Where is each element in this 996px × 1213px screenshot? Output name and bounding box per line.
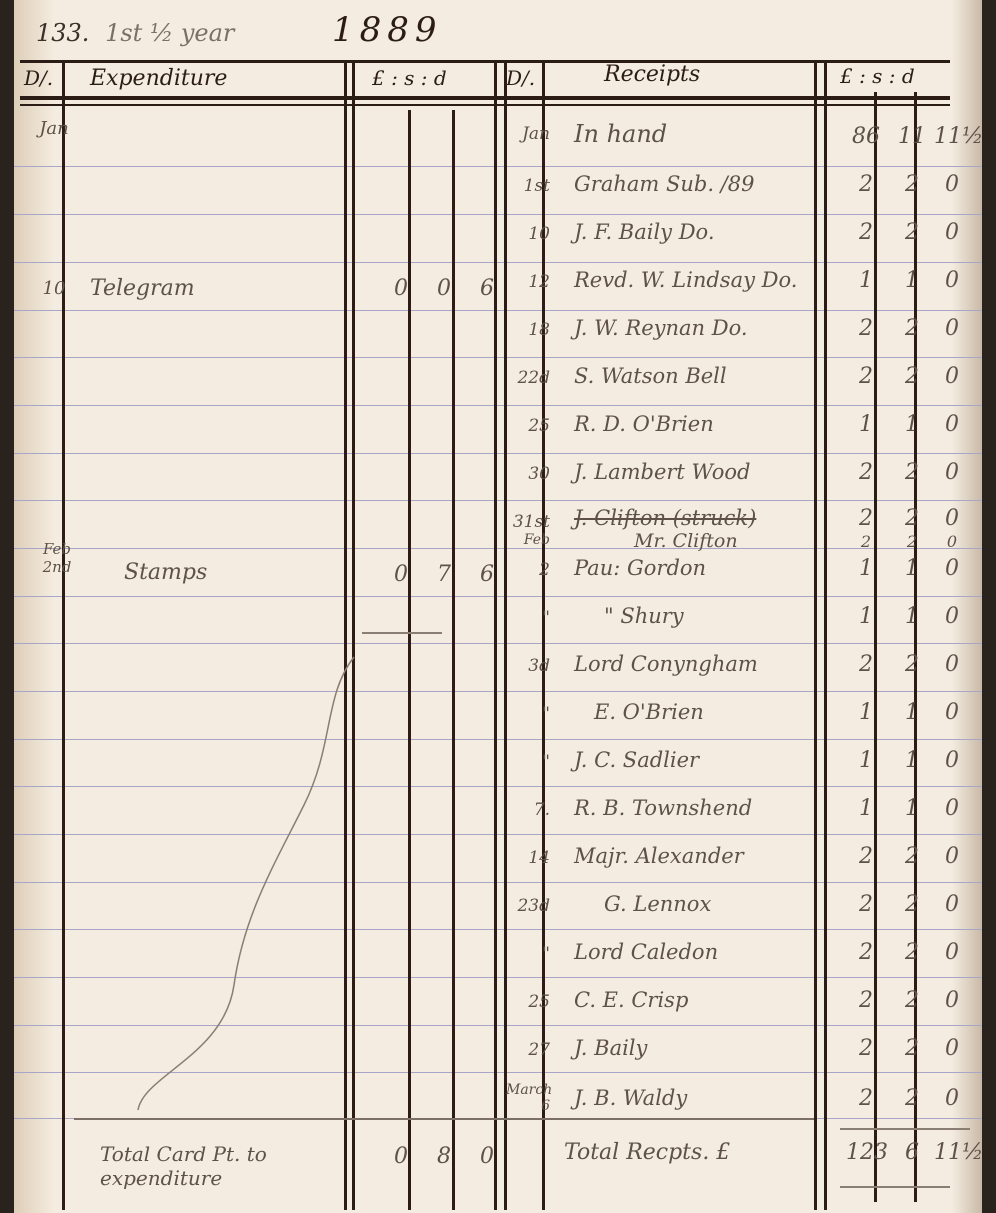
ledger-cell: 1	[894, 796, 930, 821]
ledger-cell: 0	[934, 506, 970, 531]
expenditure-header: Expenditure	[90, 66, 227, 91]
ledger-cell: 2	[846, 844, 886, 869]
ledger-cell: 6	[472, 276, 502, 301]
ledger-cell: R. D. O'Brien	[574, 412, 824, 436]
ledger-cell: 0	[934, 268, 970, 293]
ledger-cell: 11½	[934, 124, 970, 149]
ledger-cell: 2	[894, 172, 930, 197]
ledger-cell: E. O'Brien	[594, 700, 844, 724]
expenditure-description: Stamps	[124, 560, 207, 585]
expenditure-amount-header: £ : s : d	[372, 66, 447, 90]
ledger-cell: Revd. W. Lindsay Do.	[574, 268, 824, 292]
ledger-cell: J. B. Waldy	[574, 1086, 824, 1110]
ledger-cell: 2	[894, 1086, 930, 1111]
ledger-cell: 86	[846, 124, 886, 149]
ledger-cell: Lord Conyngham	[574, 652, 824, 676]
ledger-cell: Graham Sub. /89	[574, 172, 824, 196]
ledger-cell: 2	[846, 220, 886, 245]
page-heading: 133. 1st ½ year 1889	[36, 10, 443, 50]
ledger-cell: 1	[894, 268, 930, 293]
ledger-cell: 0	[934, 1086, 970, 1111]
ledger-cell: 0	[934, 1036, 970, 1061]
ledger-cell: 0	[934, 844, 970, 869]
ledger-cell: 2	[894, 988, 930, 1013]
ledger-cell: Lord Caledon	[574, 940, 824, 964]
ledger-cell: "	[506, 704, 550, 724]
ledger-cell: Feb 2nd	[32, 540, 82, 576]
ledger-cell: 0	[386, 562, 416, 587]
year: 1889	[332, 10, 443, 50]
ledger-cell: 1	[846, 700, 886, 725]
ledger-cell: 1	[846, 268, 886, 293]
ledger-cell: 0	[934, 700, 970, 725]
ledger-cell: 18	[506, 320, 550, 340]
ledger-cell: 22d	[506, 368, 550, 388]
ledger-cell: J. F. Baily Do.	[574, 220, 824, 244]
ledger-cell: 0	[934, 172, 970, 197]
ledger-cell: J. W. Reynan Do.	[574, 316, 824, 340]
ledger-cell: 0	[934, 892, 970, 917]
ledger-cell: G. Lennox	[604, 892, 854, 916]
ledger-cell: 1	[894, 556, 930, 581]
ledger-cell: 6	[894, 1140, 930, 1165]
ledger-cell: 0	[934, 532, 970, 551]
ledger-cell: 2	[894, 460, 930, 485]
ledger-cell: J. Baily	[574, 1036, 824, 1060]
ledger-cell: 0	[934, 412, 970, 437]
ledger-cell: 1st	[506, 176, 550, 196]
ledger-cell: 31st	[506, 512, 550, 532]
ledger-cell: 2	[894, 316, 930, 341]
ledger-cell: 2	[894, 364, 930, 389]
ledger-cell: 2	[846, 364, 886, 389]
ledger-cell: 2	[846, 652, 886, 677]
ledger-cell: 1	[894, 748, 930, 773]
ledger-cell: 1	[894, 604, 930, 629]
expenditure-month: Jan	[32, 118, 76, 139]
ledger-cell: 7	[429, 562, 459, 587]
ledger-cell: 25	[506, 416, 550, 436]
ledger-cell: 2	[894, 940, 930, 965]
ledger-cell: 2	[846, 460, 886, 485]
ledger-page: 133. 1st ½ year 1889 D/. Expenditure £ :…	[14, 0, 982, 1213]
ledger-cell: 1	[846, 796, 886, 821]
ledger-cell: 1	[846, 556, 886, 581]
ledger-cell: 0	[934, 604, 970, 629]
ledger-cell: 2	[846, 940, 886, 965]
ledger-cell: 30	[506, 464, 550, 484]
ledger-cell: 0	[934, 652, 970, 677]
ledger-cell: 2	[894, 892, 930, 917]
ledger-cell: 2	[894, 506, 930, 531]
period: 1st ½ year	[105, 19, 234, 47]
ledger-cell: 0	[934, 460, 970, 485]
ledger-cell: 3d	[506, 656, 550, 676]
ledger-cell: 2	[894, 532, 930, 551]
ledger-cell: 1	[846, 604, 886, 629]
ledger-cell: 2	[894, 1036, 930, 1061]
ledger-cell: Feb	[506, 532, 550, 548]
ledger-cell: 14	[506, 848, 550, 868]
ledger-cell: C. E. Crisp	[574, 988, 824, 1012]
ledger-cell: 0	[934, 364, 970, 389]
ledger-cell: J. C. Sadlier	[574, 748, 824, 772]
ledger-cell: 12	[506, 272, 550, 292]
ledger-cell: Majr. Alexander	[574, 844, 824, 868]
ledger-cell: 2	[846, 1086, 886, 1111]
ledger-cell: 11	[894, 124, 930, 149]
ledger-cell: 27	[506, 1040, 550, 1060]
ledger-cell: 23d	[506, 896, 550, 916]
cancel-line	[124, 655, 364, 1115]
ledger-cell: 0	[934, 988, 970, 1013]
ledger-cell: 8	[429, 1144, 459, 1169]
ledger-cell: R. B. Townshend	[574, 796, 824, 820]
ledger-cell: 0	[934, 220, 970, 245]
ledger-cell: March 6	[506, 1082, 550, 1114]
ledger-cell: 1	[894, 700, 930, 725]
ledger-cell: 25	[506, 992, 550, 1012]
ledger-cell: 6	[472, 562, 502, 587]
ledger-cell: 2	[894, 652, 930, 677]
ledger-cell: J. Clifton (struck)	[574, 506, 824, 530]
receipts-header: Receipts	[604, 62, 700, 87]
ledger-cell: 0	[934, 556, 970, 581]
page-number: 133.	[36, 19, 89, 47]
ledger-cell: 0	[934, 796, 970, 821]
ledger-cell: S. Watson Bell	[574, 364, 824, 388]
ledger-cell: 2	[846, 892, 886, 917]
ledger-cell: 1	[846, 412, 886, 437]
ledger-cell: 2	[894, 844, 930, 869]
ledger-cell: 2	[846, 172, 886, 197]
ledger-cell: 1	[846, 748, 886, 773]
ledger-cell: Pau: Gordon	[574, 556, 824, 580]
ledger-cell: 2	[894, 220, 930, 245]
ledger-cell: 2	[846, 506, 886, 531]
ledger-cell: 0	[386, 276, 416, 301]
ledger-cell: Total Recpts. £	[564, 1140, 730, 1165]
ledger-cell: 2	[846, 316, 886, 341]
ledger-cell: 2	[846, 988, 886, 1013]
ledger-cell: 0	[934, 940, 970, 965]
ledger-cell: 11½	[934, 1140, 970, 1165]
ledger-cell: 1	[894, 412, 930, 437]
ledger-cell: 10	[32, 278, 76, 299]
ledger-cell: 10	[506, 224, 550, 244]
ledger-cell: 2	[506, 560, 550, 580]
ledger-cell: 0	[934, 316, 970, 341]
expenditure-date-header: D/.	[24, 66, 53, 90]
ledger-cell: "	[506, 608, 550, 628]
ledger-cell: J. Lambert Wood	[574, 460, 824, 484]
ledger-cell: " Shury	[604, 604, 854, 628]
ledger-cell: 0	[386, 1144, 416, 1169]
ledger-cell: 0	[472, 1144, 502, 1169]
ledger-cell: "	[506, 944, 550, 964]
ledger-cell: 7.	[506, 800, 550, 820]
ledger-cell: "	[506, 752, 550, 772]
ledger-cell: In hand	[574, 120, 824, 148]
receipts-date-header: D/.	[506, 66, 535, 90]
ledger-cell: 123	[846, 1140, 886, 1165]
ledger-cell: 0	[934, 748, 970, 773]
ledger-cell: Total Card Pt. to expenditure	[100, 1142, 360, 1190]
ledger-cell: 2	[846, 532, 886, 551]
ledger-cell: Jan	[506, 124, 550, 144]
ledger-cell: 0	[429, 276, 459, 301]
expenditure-description: Telegram	[90, 276, 195, 301]
ledger-cell: 2	[846, 1036, 886, 1061]
receipts-amount-header: £ : s : d	[840, 64, 915, 88]
column-divider	[62, 60, 65, 1210]
